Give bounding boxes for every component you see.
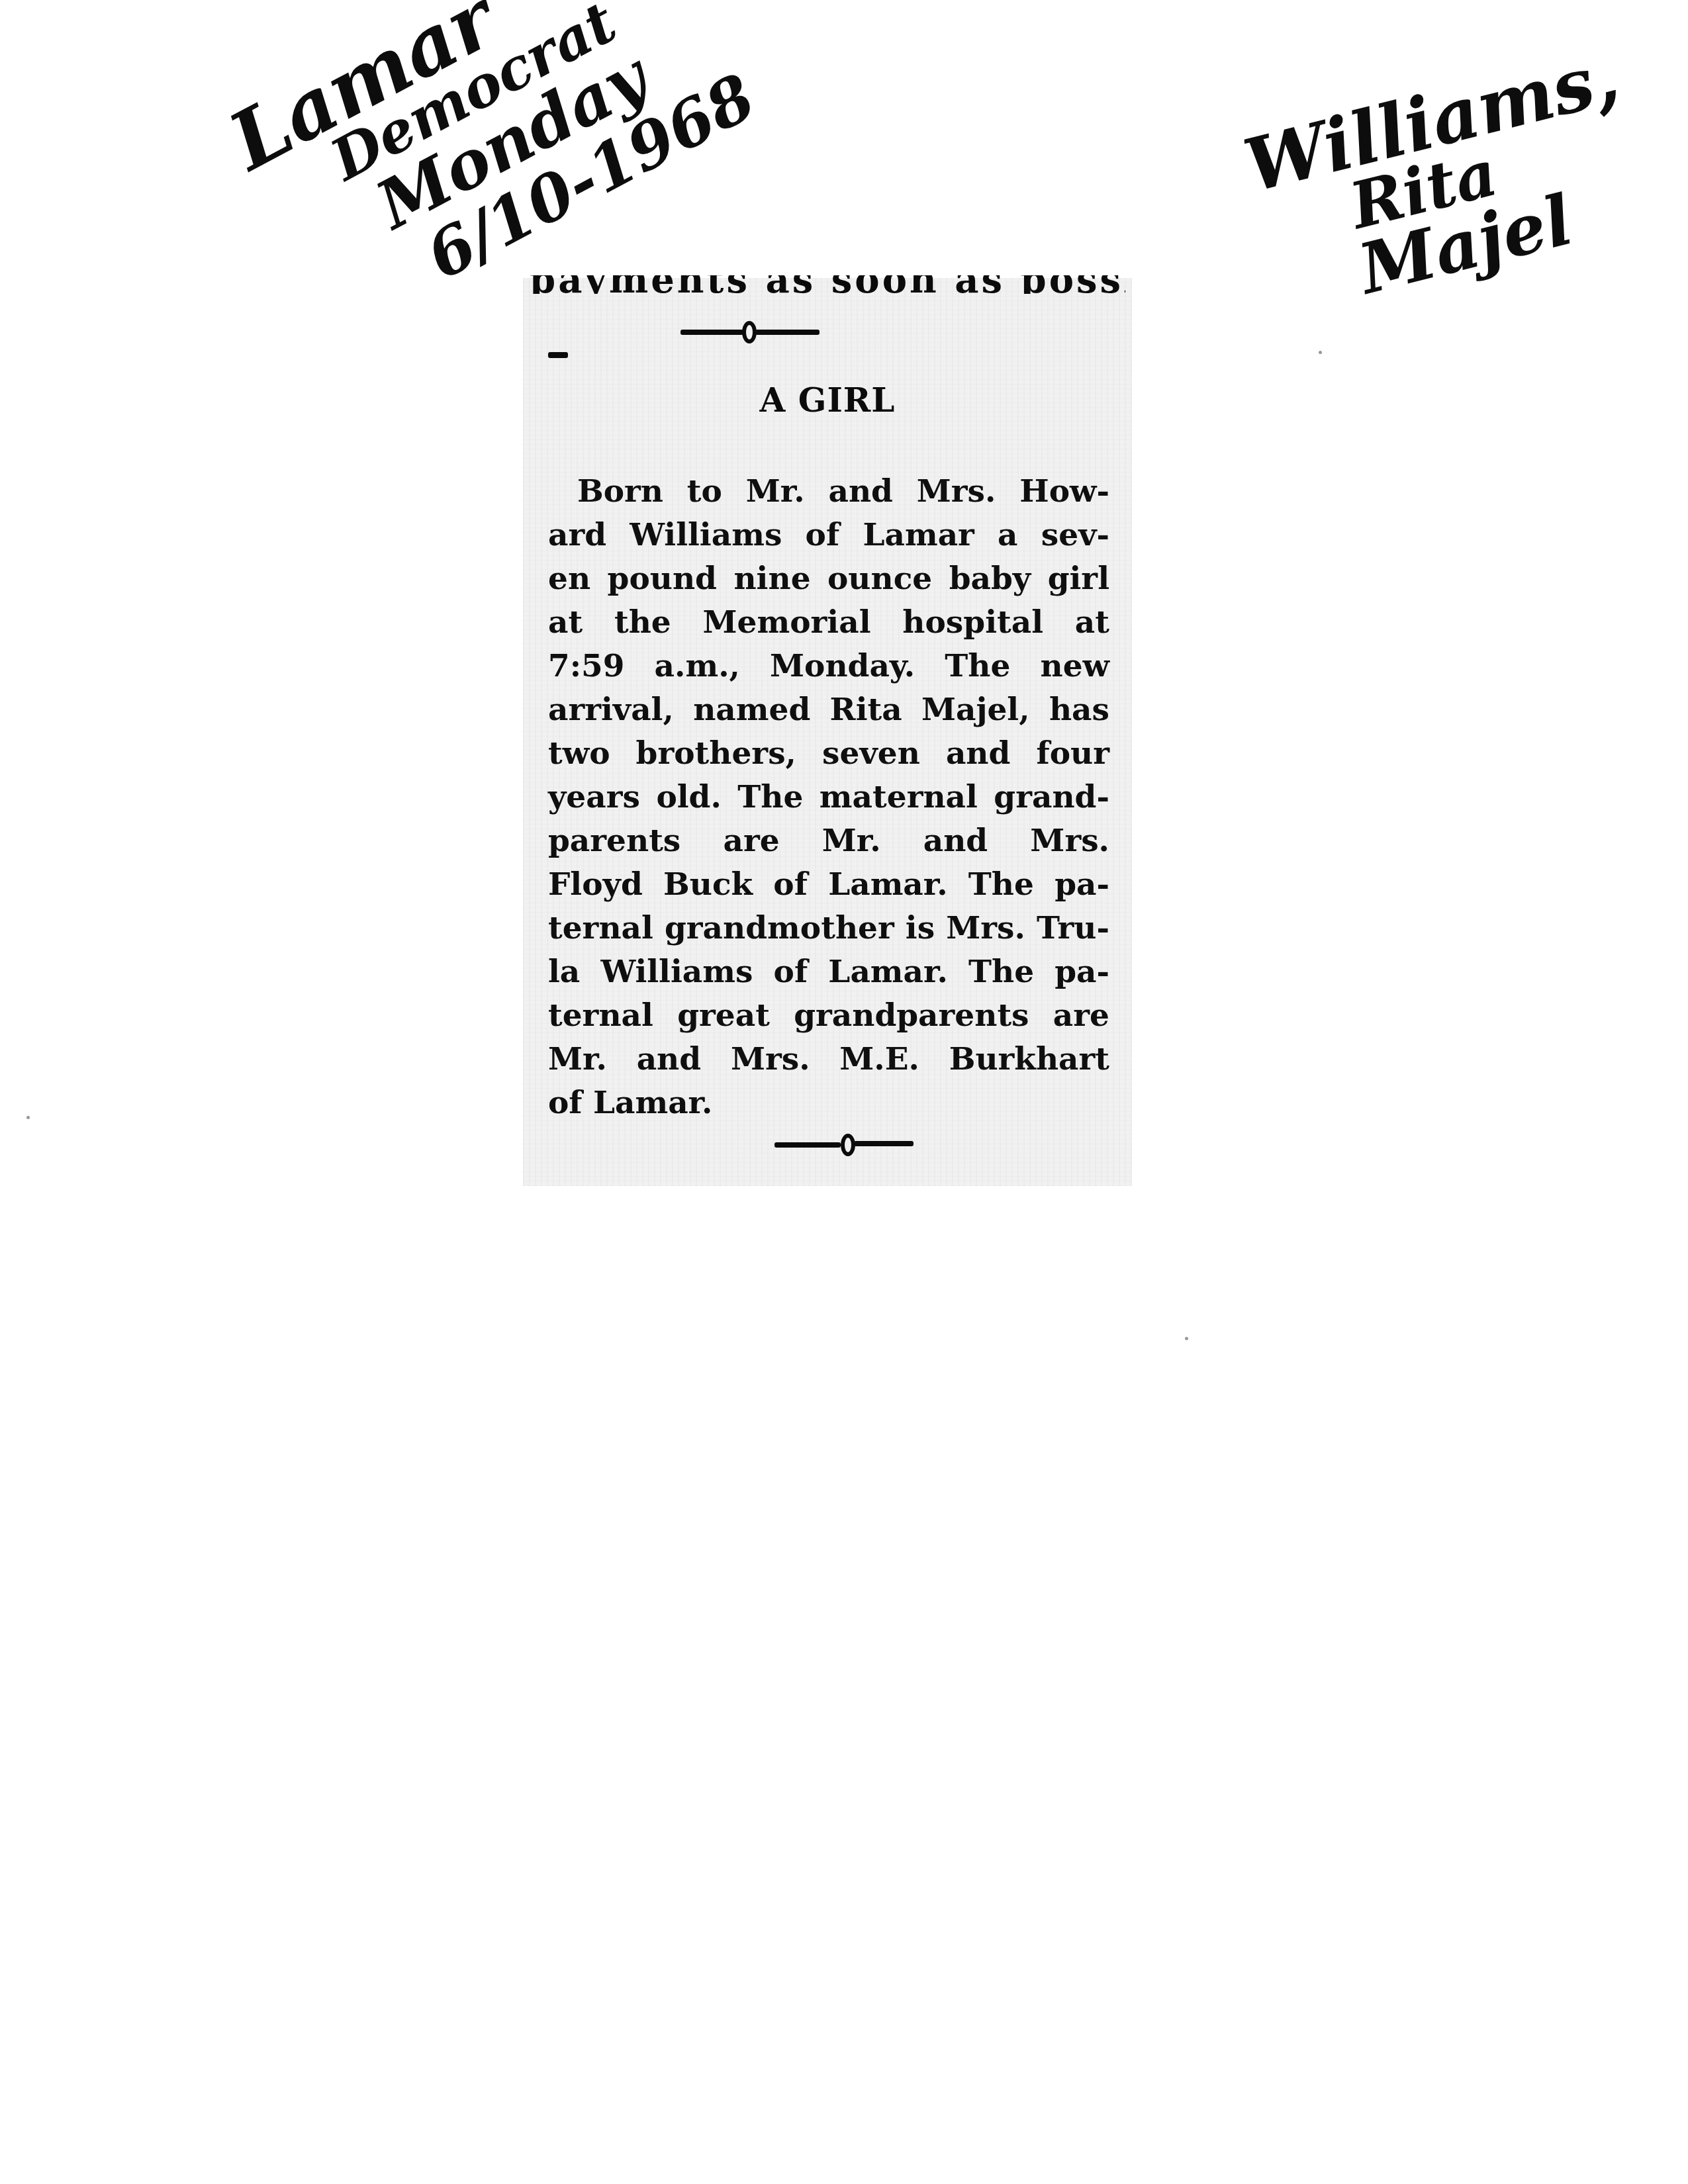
newspaper-clipping: payments as soon as possible. A GIRL Bor… [523,278,1132,1186]
article-line: la Williams of Lamar. The pa- [548,950,1109,994]
article-line: arrival, named Rita Majel, has [548,688,1109,732]
article-line: ternal great grandparents are [548,994,1109,1038]
article-line: Born to Mr. and Mrs. How- [548,470,1109,514]
article-line: ard Williams of Lamar a sev- [548,514,1109,557]
article-line: at the Memorial hospital at [548,601,1109,645]
article-line: 7:59 a.m., Monday. The new [548,645,1109,688]
article-headline: A GIRL [523,381,1132,420]
cut-off-previous-article-line: payments as soon as possible. [530,275,1125,294]
print-mark [548,352,568,358]
scan-speck [1185,1337,1188,1340]
scanned-page: Lamar Democrat Monday 6/10-1968 Williams… [0,0,1688,2184]
article-line: ternal grandmother is Mrs. Tru- [548,907,1109,950]
bottom-divider-icon [774,1132,914,1158]
scan-speck [26,1116,30,1119]
handwritten-name-note: Williams, Rita Majel [1238,40,1656,325]
article-line: en pound nine ounce baby girl [548,557,1109,601]
article-body: Born to Mr. and Mrs. How- ard Williams o… [548,470,1109,1125]
article-line: two brothers, seven and four [548,732,1109,776]
scan-speck [1319,351,1322,354]
article-line: Mr. and Mrs. M.E. Burkhart [548,1038,1109,1081]
article-line: years old. The maternal grand- [548,776,1109,819]
article-line: parents are Mr. and Mrs. [548,819,1109,863]
article-line: Floyd Buck of Lamar. The pa- [548,863,1109,907]
article-line: of Lamar. [548,1081,1109,1125]
top-divider-icon [680,319,820,345]
